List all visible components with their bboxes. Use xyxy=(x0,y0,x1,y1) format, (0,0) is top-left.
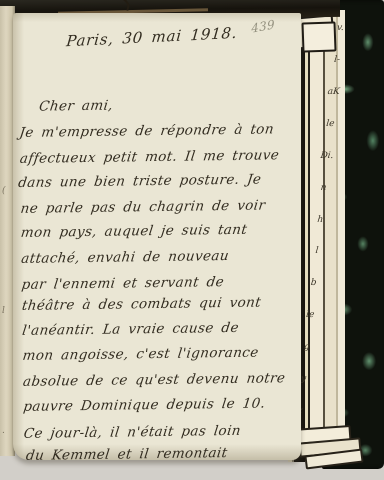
letter-line: théâtre à des combats qui vont xyxy=(21,295,262,314)
letter-page: Paris, 30 mai 1918. 439 Cher ami, Je m'e… xyxy=(13,13,301,460)
letter-salutation: Cher ami, xyxy=(38,98,114,115)
pencil-page-number: 439 xyxy=(251,17,275,36)
letter-line: attaché, envahi de nouveau xyxy=(20,248,230,267)
manuscript-photo: v. l- aK le Di. n h l b le g y z p. ( l … xyxy=(0,0,384,480)
edge-fragment: aK xyxy=(327,88,340,97)
letter-line: du Kemmel et il remontait xyxy=(25,445,228,464)
edge-fragment: n xyxy=(320,184,327,193)
edge-fragment: ( xyxy=(2,186,12,196)
letter-line: ne parle pas du chagrin de voir xyxy=(20,197,267,216)
edge-fragment: g xyxy=(303,343,310,352)
letter-dateline: Paris, 30 mai 1918. xyxy=(65,24,238,50)
handwriting-layer: Paris, 30 mai 1918. 439 Cher ami, Je m'e… xyxy=(10,11,304,462)
page-corner xyxy=(301,21,336,52)
edge-fragment: Di. xyxy=(320,152,334,161)
edge-fragment: l xyxy=(315,247,319,256)
letter-line: Je m'empresse de répondre à ton xyxy=(19,121,275,141)
edge-fragment: le xyxy=(326,120,335,129)
edge-fragment: h xyxy=(317,216,324,225)
letter-line: affectueux petit mot. Il me trouve xyxy=(19,147,280,167)
letter-line: mon pays, auquel je suis tant xyxy=(20,222,248,241)
letter-line: pauvre Dominique depuis le 10. xyxy=(22,395,266,414)
letter-line: absolue de ce qu'est devenu notre xyxy=(22,370,286,390)
letter-line: mon angoisse, c'est l'ignorance xyxy=(22,345,260,364)
letter-line: par l'ennemi et servant de xyxy=(21,274,225,293)
letter-line: Ce jour-là, il n'était pas loin xyxy=(23,423,242,442)
facing-page-ink-fragments: ( l . xyxy=(2,186,12,436)
edge-fragment: l xyxy=(2,306,12,316)
letter-line: dans une bien triste posture. Je xyxy=(17,172,262,191)
edge-fragment: v. xyxy=(336,24,344,33)
edge-fragment: . xyxy=(2,426,12,436)
edge-fragment: le xyxy=(306,311,315,320)
edge-fragment: b xyxy=(310,279,317,288)
edge-fragment: l- xyxy=(334,56,341,65)
letter-line: l'anéantir. La vraie cause de xyxy=(21,320,240,339)
